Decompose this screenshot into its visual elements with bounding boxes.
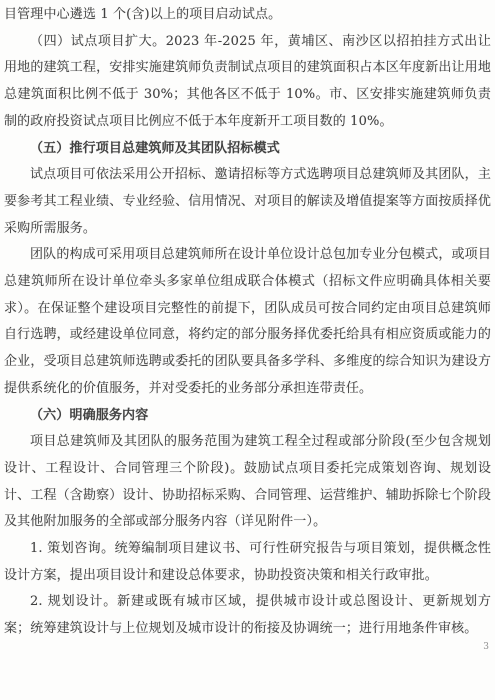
section-heading-6: （六）明确服务内容 (4, 403, 491, 430)
paragraph-bidding-mode: 试点项目可依法采用公开招标、邀请招标等方式选聘项目总建筑师及其团队，主要参考其工… (4, 162, 491, 242)
document-page: 目管理中心遴选 1 个(含)以上的项目启动试点。 （四）试点项目扩大。2023 … (0, 0, 495, 700)
page-number: 3 (483, 641, 489, 653)
document-body: 目管理中心遴选 1 个(含)以上的项目启动试点。 （四）试点项目扩大。2023 … (4, 2, 491, 643)
paragraph-team-composition: 团队的构成可采用项目总建筑师所在设计单位设计总包加专业分包模式，或项目总建筑师所… (4, 242, 491, 402)
paragraph-item-1-planning-consulting: 1. 策划咨询。统筹编制项目建议书、可行性研究报告与项目策划，提供概念性设计方案… (4, 536, 491, 589)
paragraph-item-2-planning-design: 2. 规划设计。新建或既有城市区域，提供城市设计或总图设计、更新规划方案；统筹建… (4, 589, 491, 642)
paragraph-continuation: 目管理中心遴选 1 个(含)以上的项目启动试点。 (4, 2, 491, 29)
paragraph-service-scope: 项目总建筑师及其团队的服务范围为建筑工程全过程或部分阶段(至少包含规划设计、工程… (4, 429, 491, 536)
paragraph-section-4-pilot-expansion: （四）试点项目扩大。2023 年-2025 年，黄埔区、南沙区以招拍挂方式出让用… (4, 29, 491, 136)
section-heading-5: （五）推行项目总建筑师及其团队招标模式 (4, 136, 491, 163)
